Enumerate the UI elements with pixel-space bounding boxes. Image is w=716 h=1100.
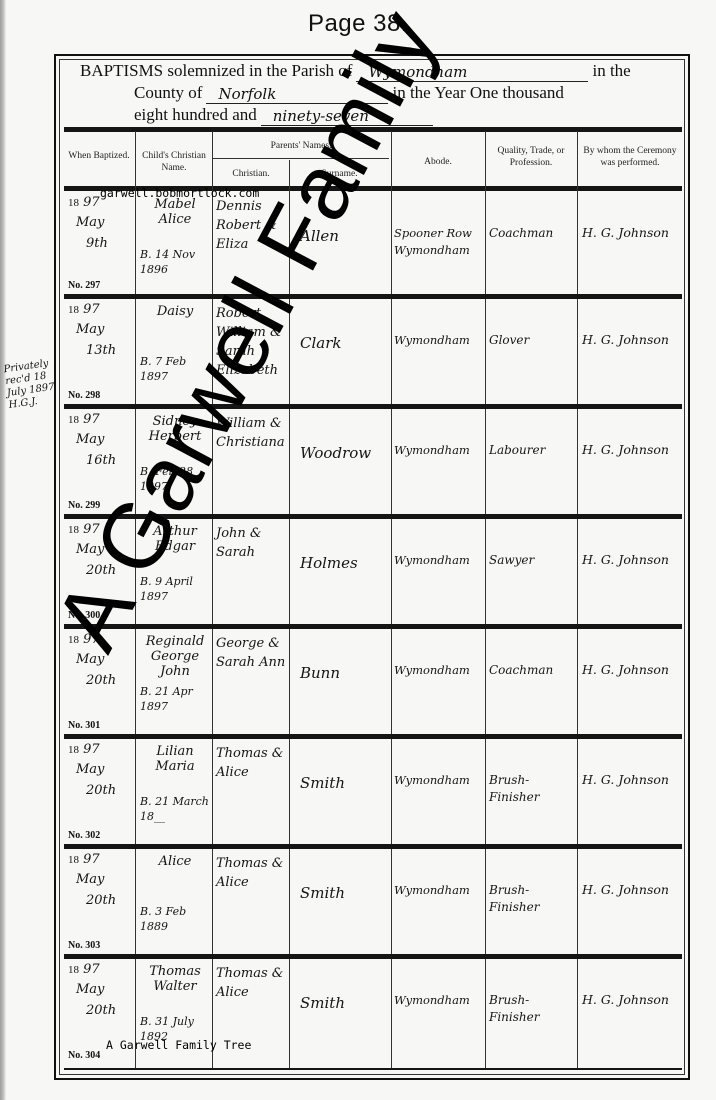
entry-number: No. 298 xyxy=(68,390,100,401)
abode: Wymondham xyxy=(394,332,484,349)
abode: Wymondham xyxy=(394,662,484,679)
year-value: 97 xyxy=(83,852,100,867)
day: 9th xyxy=(68,236,132,251)
month: May xyxy=(68,432,132,447)
surname: Smith xyxy=(300,996,388,1011)
child-name: Mabel Alice xyxy=(140,197,210,227)
entry-number: No. 304 xyxy=(68,1050,100,1061)
watermark-url: garwell.bobmortlock.com xyxy=(100,186,259,200)
profession: Coachman xyxy=(489,225,575,242)
profession: Brush-Finisher xyxy=(489,992,575,1026)
officiant: H. G. Johnson xyxy=(582,225,680,240)
surname: Smith xyxy=(300,776,388,791)
officiant: H. G. Johnson xyxy=(582,992,680,1007)
year-value: 97 xyxy=(83,302,100,317)
heading-suffix: in the xyxy=(592,60,630,82)
year-prefix: 18 xyxy=(68,964,79,976)
day: 20th xyxy=(68,1003,132,1018)
parents-christian: Thomas & Alice xyxy=(216,854,288,892)
row-rule xyxy=(64,844,682,849)
birth-date: B. 3 Feb 1889 xyxy=(140,904,210,934)
day: 20th xyxy=(68,893,132,908)
day: 13th xyxy=(68,343,132,358)
birth-date: B. 21 Apr 1897 xyxy=(140,684,210,714)
month: May xyxy=(68,872,132,887)
table-bottom-rule xyxy=(64,1068,682,1070)
parents-christian: Thomas & Alice xyxy=(216,744,288,782)
row-rule xyxy=(64,734,682,739)
abode: Wymondham xyxy=(394,772,484,789)
month: May xyxy=(68,322,132,337)
watermark-footer: A Garwell Family Tree xyxy=(106,1038,251,1052)
profession: Coachman xyxy=(489,662,575,679)
parents-christian: John & Sarah xyxy=(216,524,288,562)
baptism-date: 18 97May20th xyxy=(68,962,132,1018)
officiant: H. G. Johnson xyxy=(582,662,680,677)
abode: Wymondham xyxy=(394,882,484,899)
entry-number: No. 302 xyxy=(68,830,100,841)
baptism-date: 18 97May9th xyxy=(68,195,132,251)
surname: Clark xyxy=(300,336,388,351)
year-value: 97 xyxy=(83,962,100,977)
profession: Glover xyxy=(489,332,575,349)
year-prefix: 18 xyxy=(68,304,79,316)
row-rule xyxy=(64,294,682,299)
parents-christian: Thomas & Alice xyxy=(216,964,288,1002)
column-divider xyxy=(212,131,213,1068)
surname: Smith xyxy=(300,886,388,901)
birth-date: B. 14 Nov 1896 xyxy=(140,247,210,277)
abode: Spooner Row Wymondham xyxy=(394,225,484,259)
col-quality: Quality, Trade, or Profession. xyxy=(486,145,576,169)
month: May xyxy=(68,762,132,777)
col-by-whom: By whom the Ceremony was performed. xyxy=(578,145,682,169)
entry-number: No. 303 xyxy=(68,940,100,951)
surname: Holmes xyxy=(300,556,388,571)
row-rule xyxy=(64,954,682,959)
scan-edge xyxy=(0,0,6,1100)
profession: Brush-Finisher xyxy=(489,882,575,916)
baptism-date: 18 97May20th xyxy=(68,852,132,908)
abode: Wymondham xyxy=(394,442,484,459)
profession: Sawyer xyxy=(489,552,575,569)
child-name: Reginald George John xyxy=(140,634,210,679)
year-prefix: 18 xyxy=(68,197,79,209)
day: 20th xyxy=(68,673,132,688)
entry-number: No. 297 xyxy=(68,280,100,291)
baptism-date: 18 97May13th xyxy=(68,302,132,358)
year-prefix: 18 xyxy=(68,854,79,866)
surname: Bunn xyxy=(300,666,388,681)
col-abode: Abode. xyxy=(392,156,484,168)
baptism-date: 18 97May20th xyxy=(68,742,132,798)
child-name: Thomas Walter xyxy=(140,964,210,994)
column-divider xyxy=(391,131,392,1068)
col-child-name: Child's Christian Name. xyxy=(136,150,212,174)
abode: Wymondham xyxy=(394,552,484,569)
col-when-baptized: When Baptized. xyxy=(64,150,134,162)
year-value: 97 xyxy=(83,412,100,427)
county-label: County of xyxy=(134,82,202,104)
child-name: Alice xyxy=(140,854,210,869)
officiant: H. G. Johnson xyxy=(582,332,680,347)
heading-prefix: BAPTISMS solemnized in the Parish of xyxy=(80,60,352,82)
profession: Brush-Finisher xyxy=(489,772,575,806)
column-divider xyxy=(577,131,578,1068)
profession: Labourer xyxy=(489,442,575,459)
year-prefix: 18 xyxy=(68,744,79,756)
abode: Wymondham xyxy=(394,992,484,1009)
year-value: 97 xyxy=(83,742,100,757)
margin-note: Privately rec'd 18 July 1897 H.G.J. xyxy=(3,356,69,412)
child-name: Lilian Maria xyxy=(140,744,210,774)
officiant: H. G. Johnson xyxy=(582,552,680,567)
parents-christian: George & Sarah Ann xyxy=(216,634,288,672)
day: 20th xyxy=(68,783,132,798)
officiant: H. G. Johnson xyxy=(582,882,680,897)
column-divider xyxy=(485,131,486,1068)
year-prefix: 18 xyxy=(68,524,79,536)
birth-date: B. 21 March 18__ xyxy=(140,794,210,824)
officiant: H. G. Johnson xyxy=(582,442,680,457)
month: May xyxy=(68,215,132,230)
year-prefix-label: eight hundred and xyxy=(134,104,257,126)
surname: Woodrow xyxy=(300,446,388,461)
month: May xyxy=(68,982,132,997)
entry-number: No. 301 xyxy=(68,720,100,731)
year-prefix: 18 xyxy=(68,414,79,426)
officiant: H. G. Johnson xyxy=(582,772,680,787)
row-rule xyxy=(64,624,682,629)
year-value: 97 xyxy=(83,195,100,210)
